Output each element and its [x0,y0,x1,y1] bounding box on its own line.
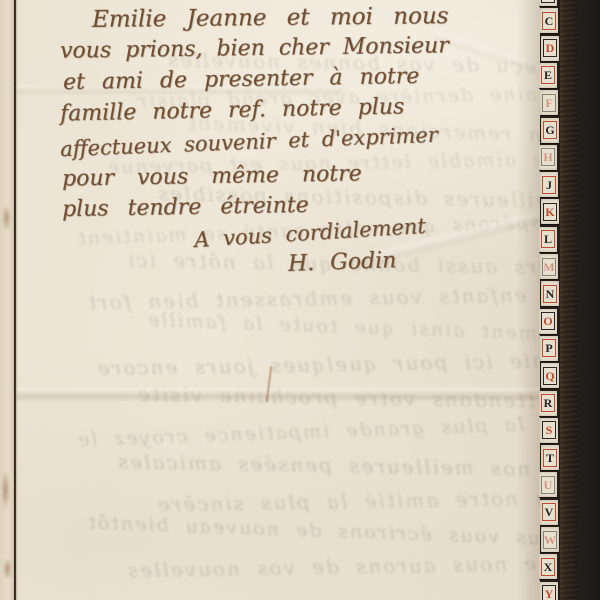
alphabet-tab: W [541,527,559,552]
ink-bleed-mark [1,470,10,510]
tab-letter: Q [545,370,554,382]
alphabet-tab: X [539,554,557,579]
alphabet-tab: V [540,500,558,525]
ghost-text-line: et croyez à notre amitié la plus sincère [156,483,542,516]
alphabet-tab: D [541,36,559,61]
alphabet-tab: P [540,336,558,361]
alphabet-tab: J [540,172,558,197]
scanned-letter-page: nous avons reçu de vos bonnes nouvellesl… [0,0,600,600]
ghost-text-line: recevez nos meilleures pensées amicales [116,449,542,482]
ghost-text-line: avec la plus grande impatience croyez le [76,411,542,451]
tab-letter: G [545,124,554,136]
tab-letter: X [544,561,553,573]
tab-letter: T [546,452,554,464]
letter-line: plus tendre étreinte [62,193,309,222]
alphabet-tab: H [539,145,557,170]
ghost-text-line: affectueusement ainsi que toute la famil… [146,309,542,349]
alphabet-tab: Y [540,582,558,600]
alphabet-tab: M [540,254,558,279]
letter-line: pour vous même notre [62,161,362,191]
tab-letter: Y [545,588,554,600]
tab-letter: O [543,315,552,327]
tab-letter: V [545,506,554,518]
alphabet-tab: R [539,391,557,416]
ghost-text-line: réunie ici pour quelques jours encore [96,348,542,381]
letter-signature: H. Godin [288,248,397,277]
alphabet-tab: N [541,281,559,306]
previous-page-edge [0,0,14,600]
ghost-text-line: dès que nous aurons de vos nouvelles [126,550,542,583]
alphabet-tab: U [539,472,557,497]
tab-letter: H [543,151,552,163]
alphabet-tab: E [539,63,557,88]
alphabet-tab: F [540,90,558,115]
book-binding-edge [558,0,578,600]
alphabet-tab: G [541,118,559,143]
ink-bleed-mark [2,205,11,231]
ghost-text-line: nous vous écrirons de nouveau bientôt [86,512,542,551]
alphabet-tab: K [541,199,559,224]
tab-letter: P [545,342,552,354]
tab-letter: W [544,534,556,546]
tab-letter: R [544,397,553,409]
paper-crease [16,388,542,402]
tab-letter: N [546,288,555,300]
alphabet-tab: O [539,309,557,334]
ink-bleed-mark [3,558,12,580]
manuscript-page: nous avons reçu de vos bonnes nouvellesl… [16,0,542,600]
page-gutter-crease [13,0,18,600]
alphabet-tab: C [540,8,558,33]
tab-letter: L [544,233,552,245]
tab-letter: J [546,179,552,191]
tab-letter: F [545,97,552,109]
alphabet-tab: B [539,0,557,6]
tab-letter: K [545,206,554,218]
alphabet-tab: Q [541,363,559,388]
tab-letter: D [546,42,555,54]
alphabet-tab: T [541,445,559,470]
alphabet-tab: L [539,227,557,252]
tab-letter: E [544,69,552,81]
letter-line: Emilie Jeanne et moi nous [92,3,449,33]
tab-letter: U [544,479,553,491]
tab-letter: M [543,261,554,273]
tab-letter: C [545,15,554,27]
alphabet-tab: S [540,418,558,443]
background [576,0,600,600]
tab-letter: S [546,424,553,436]
alphabet-tab-strip: BCDEFGHJKLMNOPQRSTUVWXY [540,0,560,600]
